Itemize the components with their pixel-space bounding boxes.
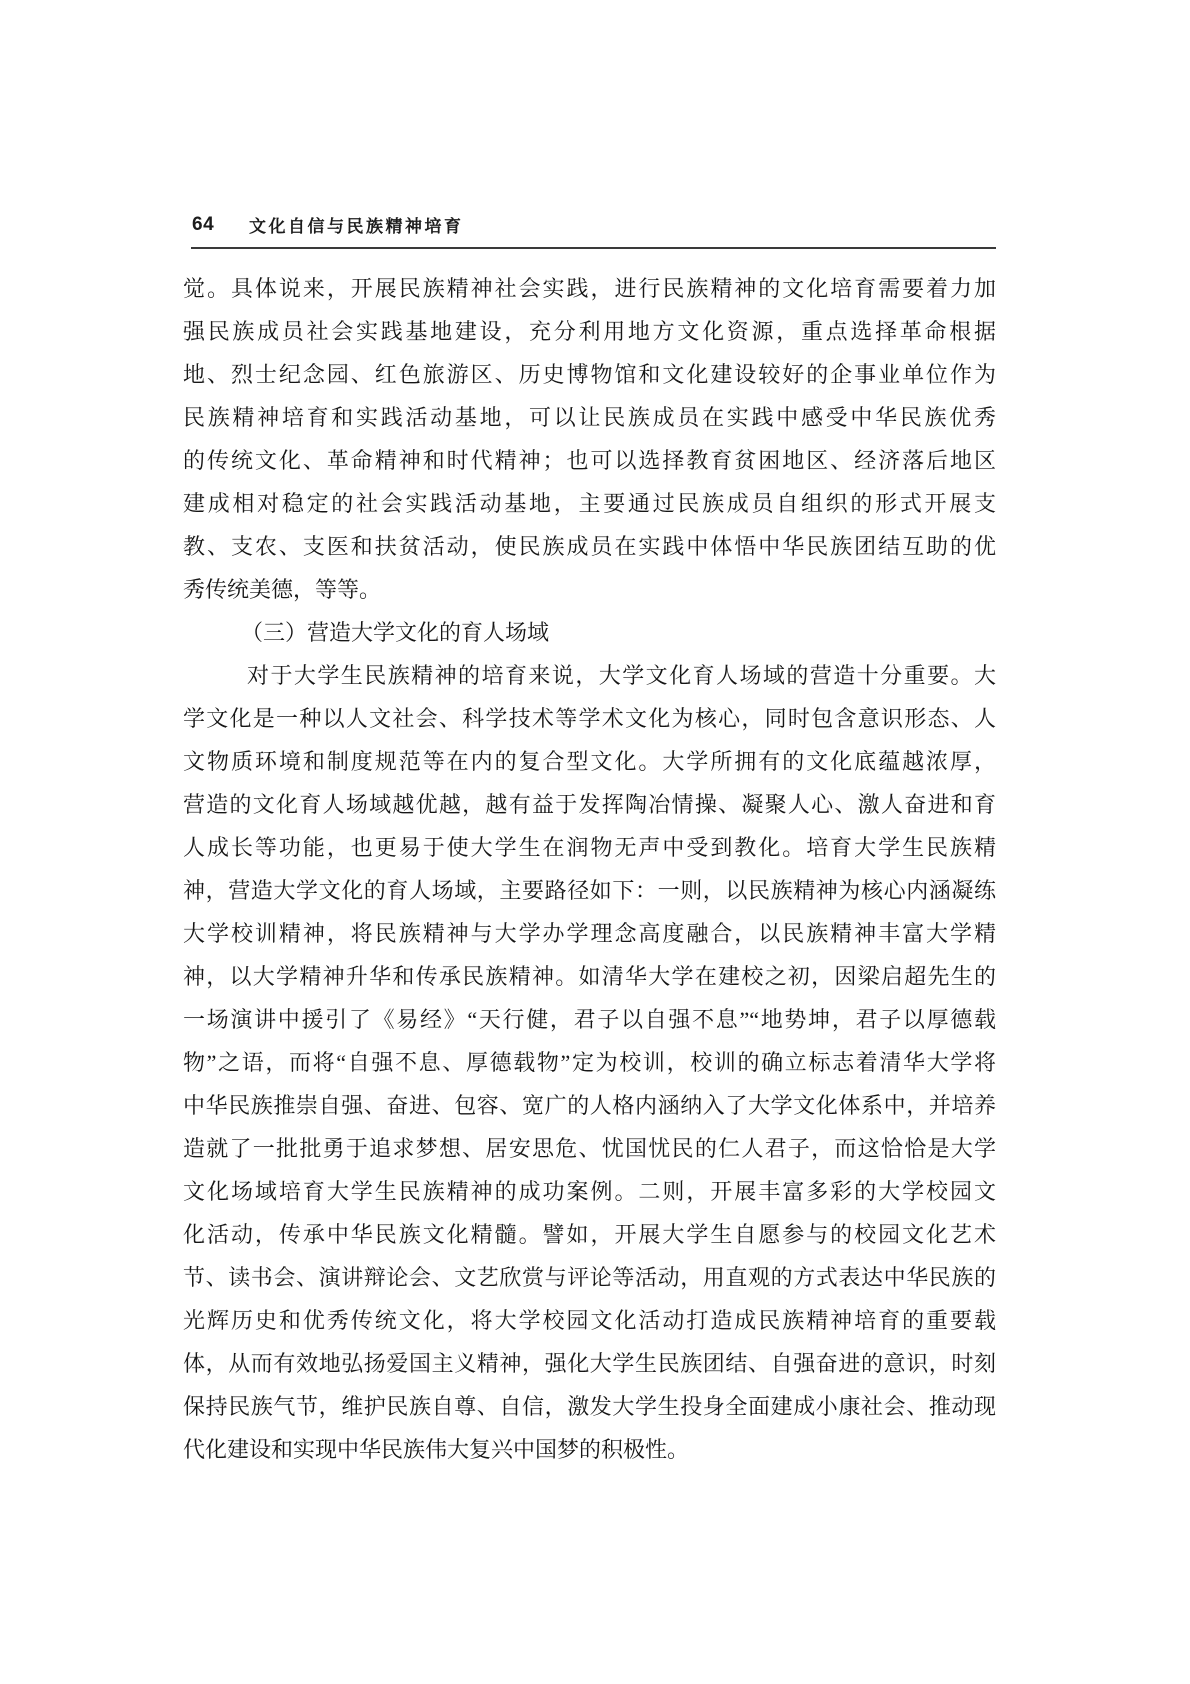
text-line: 秀传统美德，等等。 [183, 568, 996, 611]
text-line: 保持民族气节，维护民族自尊、自信，激发大学生投身全面建成小康社会、推动现 [183, 1385, 996, 1428]
text-line: 的传统文化、革命精神和时代精神；也可以选择教育贫困地区、经济落后地区 [183, 439, 996, 482]
running-title: 文化自信与民族精神培育 [249, 216, 464, 238]
page-header: 64 文化自信与民族精神培育 [183, 205, 996, 253]
text-line: 化活动，传承中华民族文化精髓。譬如，开展大学生自愿参与的校园文化艺术 [183, 1213, 996, 1256]
text-line: 文化场域培育大学生民族精神的成功案例。二则，开展丰富多彩的大学校园文 [183, 1170, 996, 1213]
text-line: 学文化是一种以人文社会、科学技术等学术文化为核心，同时包含意识形态、人 [183, 697, 996, 740]
text-line: 教、支农、支医和扶贫活动，使民族成员在实践中体悟中华民族团结互助的优 [183, 525, 996, 568]
text-line: 大学校训精神，将民族精神与大学办学理念高度融合，以民族精神丰富大学精 [183, 912, 996, 955]
text-line: 觉。具体说来，开展民族精神社会实践，进行民族精神的文化培育需要着力加 [183, 267, 996, 310]
text-line: 光辉历史和优秀传统文化，将大学校园文化活动打造成民族精神培育的重要载 [183, 1299, 996, 1342]
text-line: 人成长等功能，也更易于使大学生在润物无声中受到教化。培育大学生民族精 [183, 826, 996, 869]
text-line: 中华民族推崇自强、奋进、包容、宽广的人格内涵纳入了大学文化体系中，并培养 [183, 1084, 996, 1127]
text-line: 造就了一批批勇于追求梦想、居安思危、忧国忧民的仁人君子，而这恰恰是大学 [183, 1127, 996, 1170]
text-line: 文物质环境和制度规范等在内的复合型文化。大学所拥有的文化底蕴越浓厚， [183, 740, 996, 783]
section-heading: （三）营造大学文化的育人场域 [183, 611, 996, 654]
text-line: 地、烈士纪念园、红色旅游区、历史博物馆和文化建设较好的企事业单位作为 [183, 353, 996, 396]
text-line: 对于大学生民族精神的培育来说，大学文化育人场域的营造十分重要。大 [183, 654, 996, 697]
page-number: 64 [192, 214, 214, 236]
text-line: 神，营造大学文化的育人场域，主要路径如下：一则，以民族精神为核心内涵凝练 [183, 869, 996, 912]
header-rule [191, 247, 996, 249]
text-line: 节、读书会、演讲辩论会、文艺欣赏与评论等活动，用直观的方式表达中华民族的 [183, 1256, 996, 1299]
body-text: 觉。具体说来，开展民族精神社会实践，进行民族精神的文化培育需要着力加强民族成员社… [183, 267, 996, 1471]
text-line: 建成相对稳定的社会实践活动基地，主要通过民族成员自组织的形式开展支 [183, 482, 996, 525]
text-line: 体，从而有效地弘扬爱国主义精神，强化大学生民族团结、自强奋进的意识，时刻 [183, 1342, 996, 1385]
text-line: 强民族成员社会实践基地建设，充分利用地方文化资源，重点选择革命根据 [183, 310, 996, 353]
text-line: 代化建设和实现中华民族伟大复兴中国梦的积极性。 [183, 1428, 996, 1471]
text-line: 物”之语，而将“自强不息、厚德载物”定为校训，校训的确立标志着清华大学将 [183, 1041, 996, 1084]
text-line: 营造的文化育人场域越优越，越有益于发挥陶冶情操、凝聚人心、激人奋进和育 [183, 783, 996, 826]
text-line: 神，以大学精神升华和传承民族精神。如清华大学在建校之初，因梁启超先生的 [183, 955, 996, 998]
text-line: 一场演讲中援引了《易经》“天行健，君子以自强不息”“地势坤，君子以厚德载 [183, 998, 996, 1041]
text-line: 民族精神培育和实践活动基地，可以让民族成员在实践中感受中华民族优秀 [183, 396, 996, 439]
book-page: 64 文化自信与民族精神培育 觉。具体说来，开展民族精神社会实践，进行民族精神的… [0, 0, 1190, 1684]
